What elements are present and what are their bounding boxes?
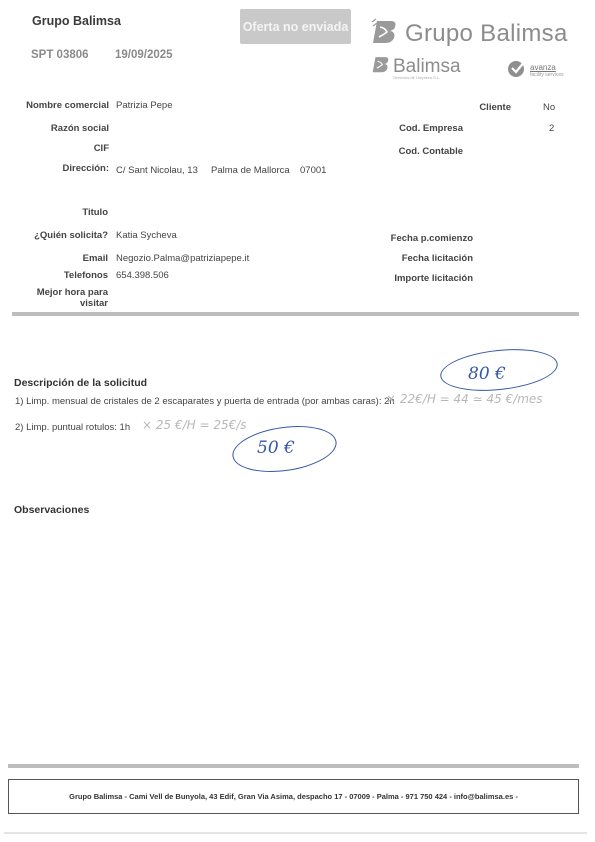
label-direccion: Dirección: (0, 163, 109, 174)
footer-box: Grupo Balimsa - Cami Vell de Bunyola, 43… (8, 779, 579, 814)
footer-separator (8, 764, 579, 768)
label-mejor-hora-line2: visitar (0, 298, 108, 309)
label-cliente: Cliente (470, 102, 511, 113)
avanza-title: avanza (530, 64, 564, 72)
description-item-1: 1) Limp. mensual de cristales de 2 escap… (15, 396, 395, 407)
label-fecha-comienzo: Fecha p.comienzo (370, 233, 473, 244)
value-cod-empresa: 2 (549, 123, 554, 134)
logo-sub-tagline: Servicios de Limpieza S.L. (393, 75, 440, 80)
handwritten-calc-1: × 22€/H = 44 ≃ 45 €/mes (386, 392, 543, 406)
label-email: Email (0, 253, 108, 264)
grupo-balimsa-logo: Grupo Balimsa (371, 18, 568, 49)
company-name: Grupo Balimsa (32, 14, 121, 28)
label-cod-empresa: Cod. Empresa (380, 123, 463, 134)
label-mejor-hora: Mejor hora para visitar (0, 287, 108, 309)
handwritten-price-2: 50 € (257, 438, 295, 458)
avanza-logo: avanza facility services (507, 58, 564, 83)
document-id: SPT 03806 (31, 49, 89, 61)
document-date: 19/09/2025 (115, 49, 173, 61)
handwritten-price-1: 80 € (468, 364, 506, 384)
label-fecha-licitacion: Fecha licitación (370, 253, 473, 264)
value-email: Negozio.Palma@patriziapepe.it (116, 253, 249, 264)
label-nombre-comercial: Nombre comercial (0, 100, 109, 111)
status-badge: Oferta no enviada (240, 9, 351, 44)
label-cod-contable: Cod. Contable (380, 146, 463, 157)
avanza-subtitle: facility services (530, 72, 564, 78)
handwritten-calc-2: × 25 €/H = 25€/s (142, 418, 247, 432)
label-importe-licitacion: Importe licitación (370, 273, 473, 284)
label-razon-social: Razón social (0, 123, 109, 134)
value-telefonos: 654.398.506 (116, 270, 169, 281)
label-titulo: Titulo (0, 207, 108, 218)
description-item-2: 2) Limp. puntual rotulos: 1h (15, 422, 130, 433)
check-circle-icon (507, 58, 527, 83)
footer-bottom-line (4, 832, 587, 834)
balimsa-b-icon-small (371, 55, 391, 78)
section-separator (12, 312, 579, 316)
description-title: Descripción de la solicitud (14, 377, 147, 389)
observations-title: Observaciones (14, 504, 89, 516)
value-direccion-street: C/ Sant Nicolau, 13 (116, 165, 198, 176)
value-direccion-zip: 07001 (300, 165, 326, 176)
label-telefonos: Telefonos (0, 270, 108, 281)
balimsa-b-icon (371, 18, 399, 49)
value-cliente: No (543, 102, 555, 113)
value-nombre-comercial: Patrizia Pepe (116, 100, 173, 111)
label-cif: CIF (0, 143, 109, 154)
value-quien-solicita: Katia Sycheva (116, 230, 177, 241)
label-mejor-hora-line1: Mejor hora para (0, 287, 108, 298)
value-direccion-city: Palma de Mallorca (211, 165, 290, 176)
footer-text: Grupo Balimsa - Cami Vell de Bunyola, 43… (69, 792, 518, 801)
logo-main-text: Grupo Balimsa (405, 20, 568, 48)
balimsa-logo: Balimsa Servicios de Limpieza S.L. (371, 55, 461, 78)
label-quien-solicita: ¿Quién solicita? (0, 230, 108, 241)
